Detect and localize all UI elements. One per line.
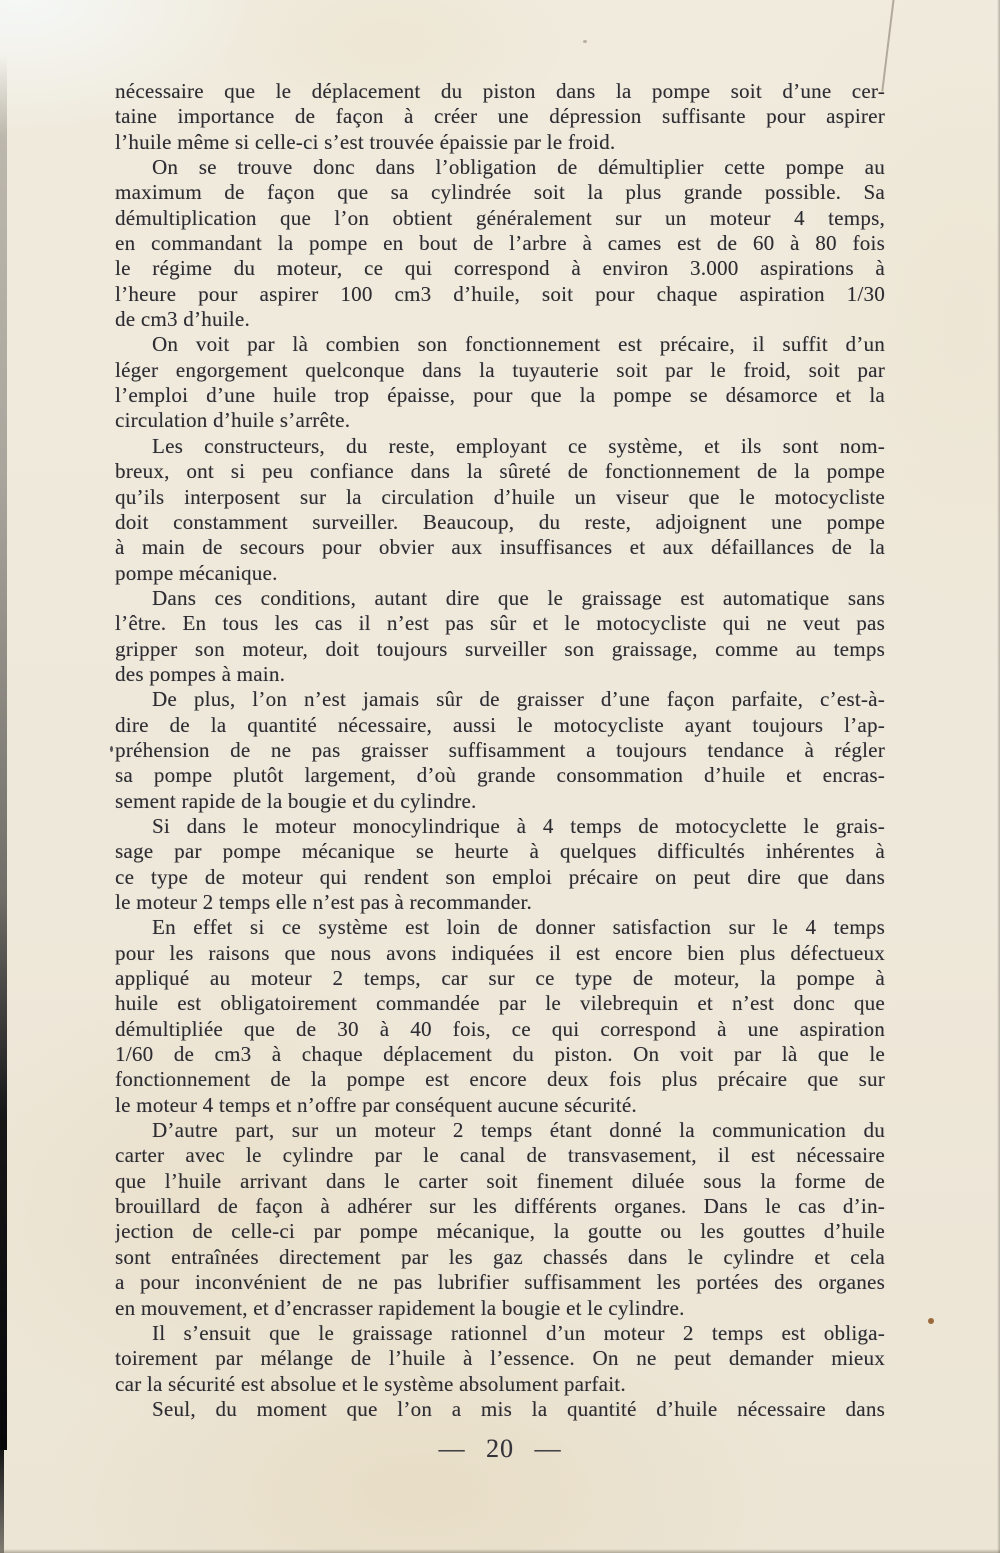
- text-line: en commandant la pompe en bout de l’arbr…: [115, 231, 885, 256]
- text-line: Seul, du moment que l’on a mis la quanti…: [115, 1397, 885, 1422]
- text-line: pompe mécanique.: [115, 561, 885, 586]
- text-line: car la sécurité est absolue et le systèm…: [115, 1372, 885, 1397]
- text-line: de cm3 d’huile.: [115, 307, 885, 332]
- text-line: 1/60 de cm3 à chaque déplacement du pist…: [115, 1042, 885, 1067]
- text-line: le moteur 2 temps elle n’est pas à recom…: [115, 890, 885, 915]
- text-line: que l’huile arrivant dans le carter soit…: [115, 1169, 885, 1194]
- text-line: Dans ces conditions, autant dire que le …: [115, 586, 885, 611]
- text-line: huile est obligatoirement commandée par …: [115, 991, 885, 1016]
- text-line: ce type de moteur qui rendent son emploi…: [115, 865, 885, 890]
- text-line: l’huile même si celle-ci s’est trouvée é…: [115, 130, 885, 155]
- text-line: sont entraînées directement par les gaz …: [115, 1245, 885, 1270]
- text-line: en mouvement, et d’encrasser rapidement …: [115, 1296, 885, 1321]
- text-line: circulation d’huile s’arrête.: [115, 408, 885, 433]
- text-line: maximum de façon que sa cylindrée soit l…: [115, 180, 885, 205]
- text-line: sa pompe plutôt largement, d’où grande c…: [115, 763, 885, 788]
- text-line: démultiplication que l’on obtient généra…: [115, 206, 885, 231]
- text-line: De plus, l’on n’est jamais sûr de graiss…: [115, 687, 885, 712]
- text-line: On voit par là combien son fonctionnemen…: [115, 332, 885, 357]
- text-line: gripper son moteur, doit toujours survei…: [115, 637, 885, 662]
- text-line: l’être. En tous les cas il n’est pas sûr…: [115, 611, 885, 636]
- text-line: dire de la quantité nécessaire, aussi le…: [115, 713, 885, 738]
- text-line: carter avec le cylindre par le canal de …: [115, 1143, 885, 1168]
- text-line: léger engorgement quelconque dans la tuy…: [115, 358, 885, 383]
- text-line: D’autre part, sur un moteur 2 temps étan…: [115, 1118, 885, 1143]
- text-line: qu’ils interposent sur la circulation d’…: [115, 485, 885, 510]
- text-line: pour les raisons que nous avons indiquée…: [115, 941, 885, 966]
- text-line: le moteur 4 temps et n’offre par conséqu…: [115, 1093, 885, 1118]
- page-number: — 20 —: [0, 1434, 1000, 1464]
- text-line: brouillard de façon à adhérer sur les di…: [115, 1194, 885, 1219]
- text-line: Les constructeurs, du reste, employant c…: [115, 434, 885, 459]
- paper-speck: [583, 40, 587, 43]
- text-line: appliqué au moteur 2 temps, car sur ce t…: [115, 966, 885, 991]
- text-line: taine importance de façon à créer une dé…: [115, 104, 885, 129]
- text-line: doit constamment surveiller. Beaucoup, d…: [115, 510, 885, 535]
- text-line: nécessaire que le déplacement du piston …: [115, 79, 885, 104]
- text-line: toirement par mélange de l’huile à l’ess…: [115, 1346, 885, 1371]
- text-line: Si dans le moteur monocylindrique à 4 te…: [115, 814, 885, 839]
- text-line: sement rapide de la bougie et du cylindr…: [115, 789, 885, 814]
- text-line: l’emploi d’une huile trop épaisse, pour …: [115, 383, 885, 408]
- scan-left-edge-shadow: [0, 55, 7, 1450]
- text-line: breux, ont si peu confiance dans la sûre…: [115, 459, 885, 484]
- text-line: a pour inconvénient de ne pas lubrifier …: [115, 1270, 885, 1295]
- text-line: démultipliée que de 30 à 40 fois, ce qui…: [115, 1017, 885, 1042]
- text-line: On se trouve donc dans l’obligation de d…: [115, 155, 885, 180]
- paper-crease: [881, 0, 894, 91]
- text-line: des pompes à main.: [115, 662, 885, 687]
- scan-left-edge-shadow-bottom: [0, 1450, 4, 1553]
- text-line: l’heure pour aspirer 100 cm3 d’huile, so…: [115, 282, 885, 307]
- body-text: nécessaire que le déplacement du piston …: [115, 79, 885, 1422]
- text-line: fonctionnement de la pompe est encore de…: [115, 1067, 885, 1092]
- text-line: le régime du moteur, ce qui correspond à…: [115, 256, 885, 281]
- ink-speck: [110, 746, 113, 752]
- text-line: à main de secours pour obvier aux insuff…: [115, 535, 885, 560]
- text-line: sage par pompe mécanique se heurte à que…: [115, 839, 885, 864]
- text-line: En effet si ce système est loin de donne…: [115, 915, 885, 940]
- text-line: préhension de ne pas graisser suffisamme…: [115, 738, 885, 763]
- scan-bottom-edge-shadow: [0, 1549, 1000, 1553]
- text-line: Il s’ensuit que le graissage rationnel d…: [115, 1321, 885, 1346]
- paper-speck: [928, 1318, 934, 1324]
- text-line: jection de celle-ci par pompe mécanique,…: [115, 1219, 885, 1244]
